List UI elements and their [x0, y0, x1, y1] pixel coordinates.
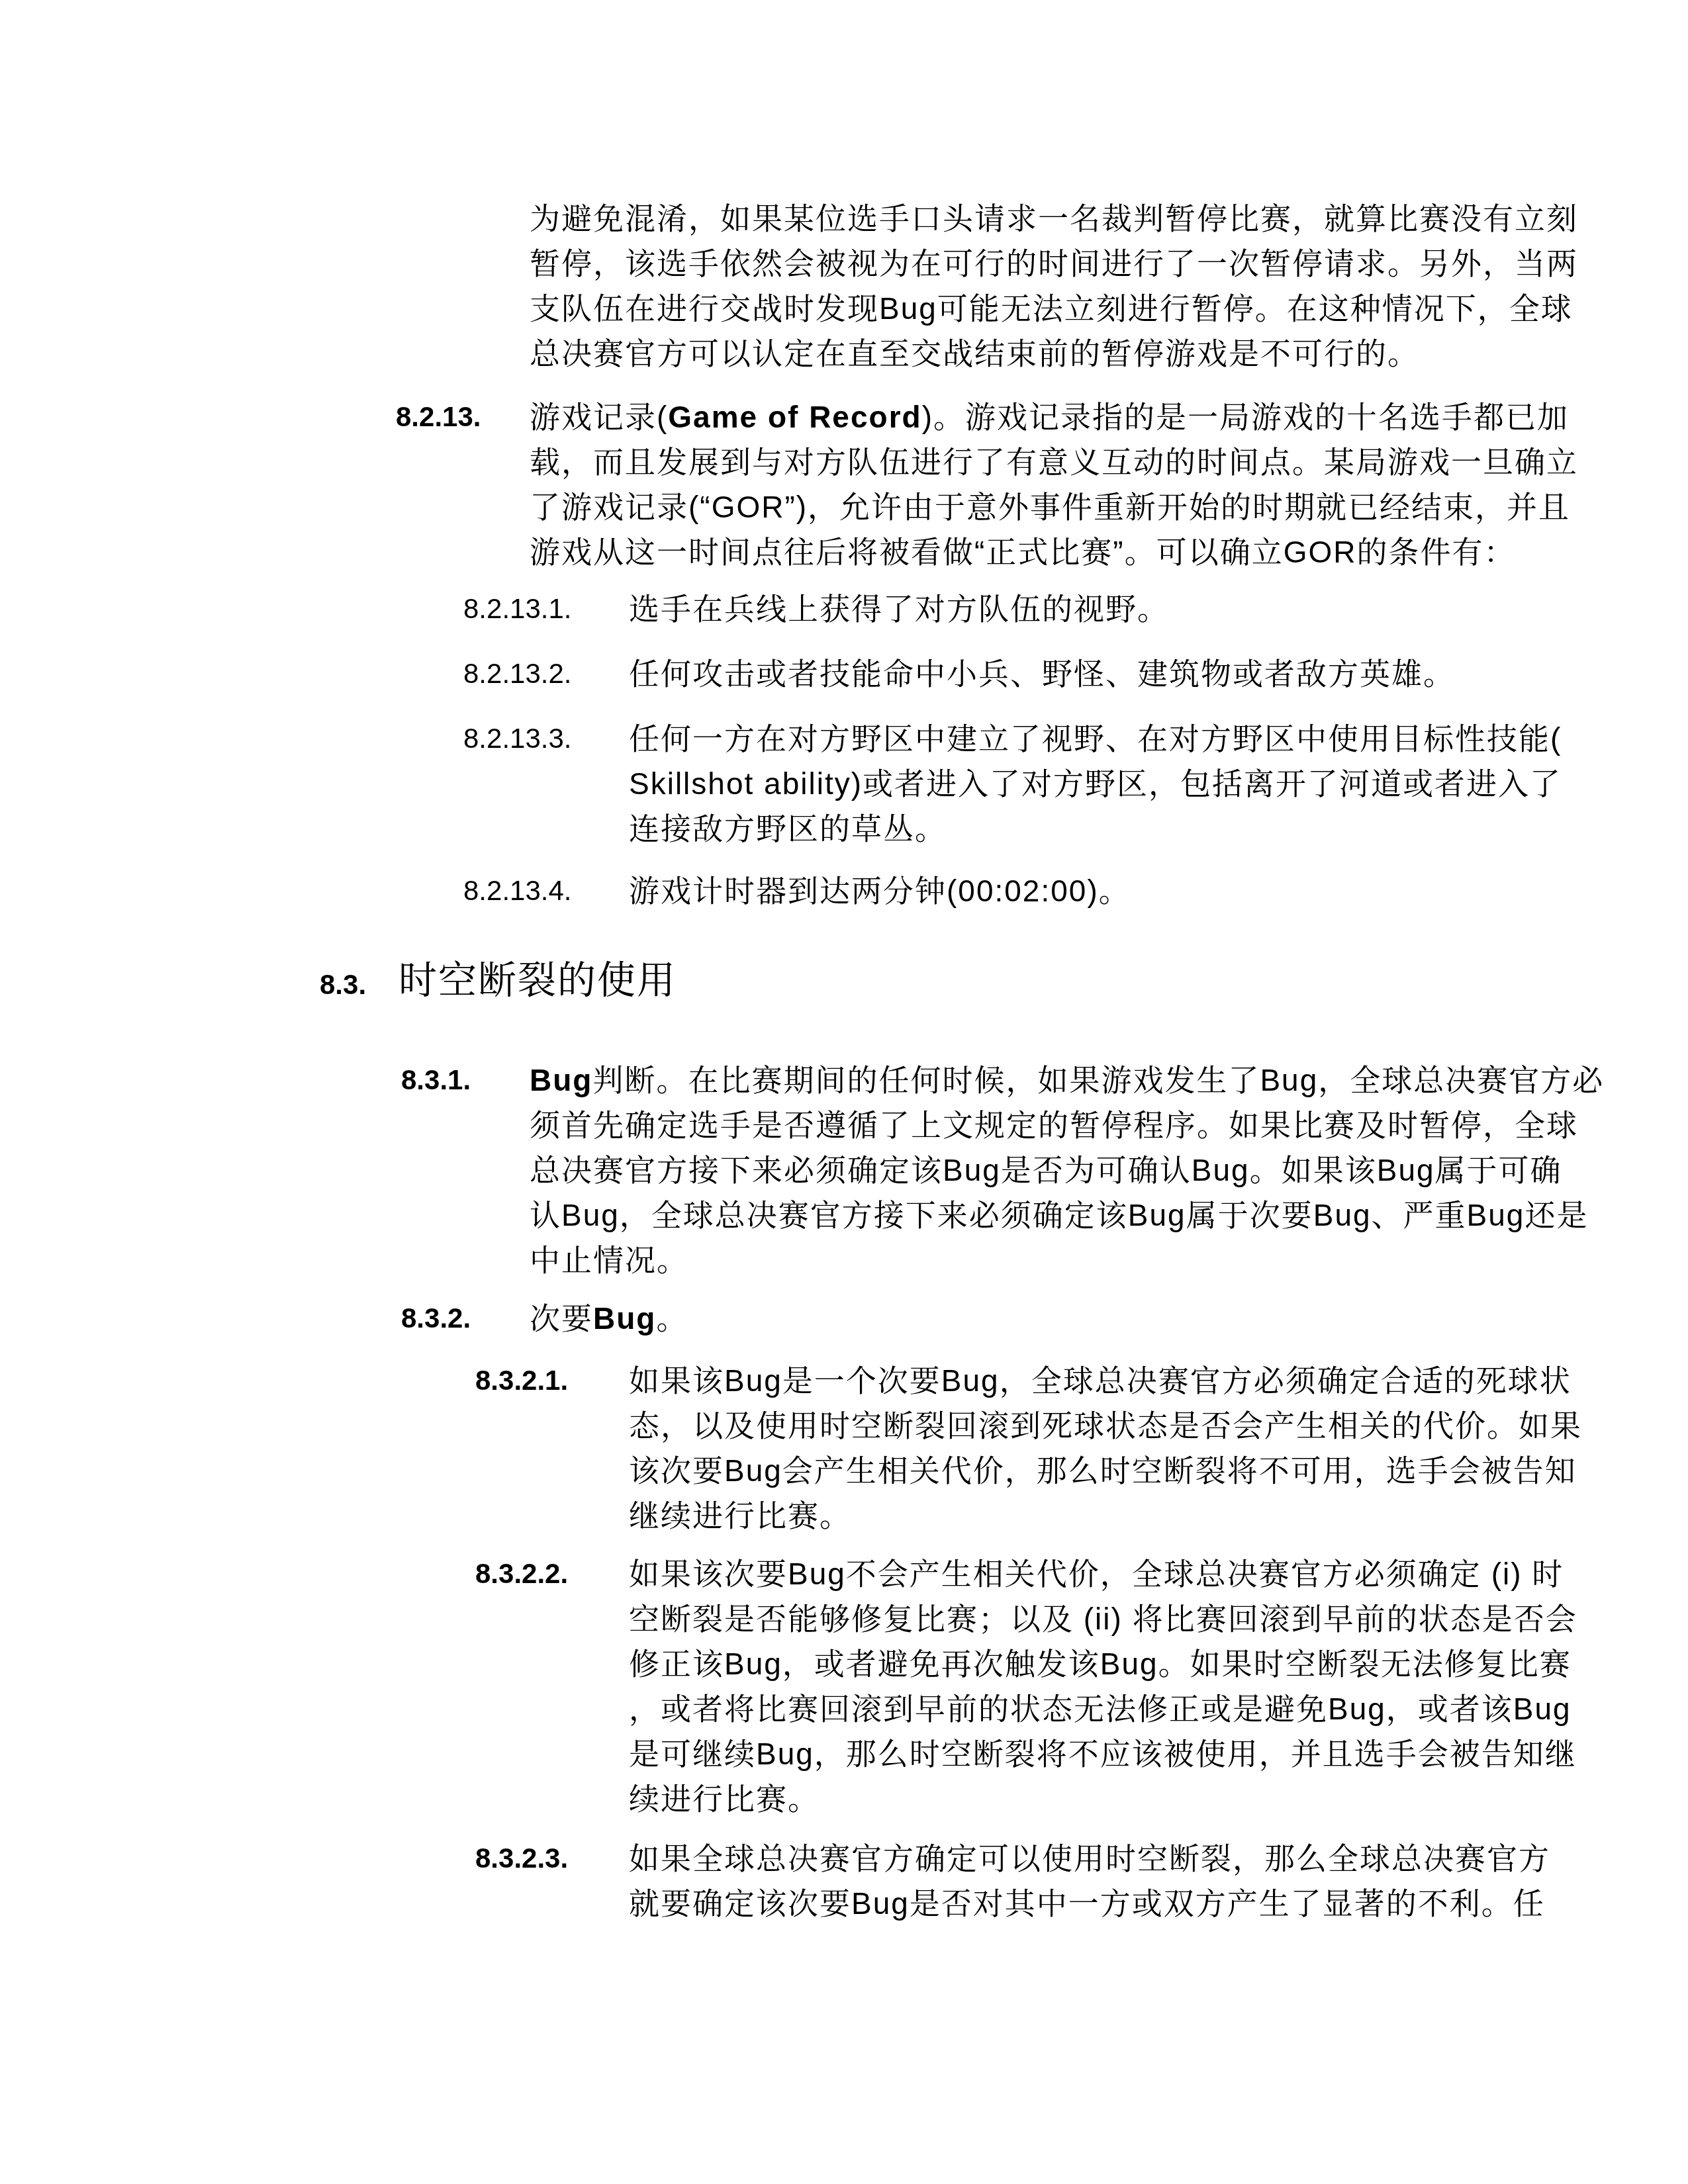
rule-title-prefix: 游戏记录(	[530, 400, 668, 434]
section-title: 时空断裂的使用	[399, 954, 677, 1007]
intro-paragraph-text: 为避免混淆，如果某位选手口头请求一名裁判暂停比赛，就算比赛没有立刻 暂停，该选手…	[530, 196, 1523, 376]
section-number: 8.3.	[320, 958, 366, 1011]
text-line: 认Bug，全球总决赛官方接下来必须确定该Bug属于次要Bug、严重Bug还是	[530, 1193, 1523, 1238]
text-line: 就要确定该次要Bug是否对其中一方或双方产生了显著的不利。任	[629, 1881, 1523, 1926]
subrule-number: 8.3.2.1.	[475, 1358, 568, 1403]
text-line: 支队伍在进行交战时发现Bug可能无法立刻进行暂停。在这种情况下，全球	[530, 286, 1523, 331]
text-line: 连接敌方野区的草丛。	[629, 806, 1523, 851]
text-line: 中止情况。	[530, 1238, 1523, 1283]
subrule-number: 8.3.2.3.	[475, 1836, 568, 1881]
text-line: 如果全球总决赛官方确定可以使用时空断裂，那么全球总决赛官方	[629, 1836, 1523, 1881]
rule-title-bold: Game of Record	[668, 400, 921, 434]
text-line: 游戏计时器到达两分钟(00:02:00)。	[629, 868, 1523, 913]
rule-number: 8.3.1.	[401, 1058, 471, 1103]
text-line: 游戏从这一时间点往后将被看做“正式比赛”。可以确立GOR的条件有：	[530, 529, 1523, 574]
text-line: 继续进行比赛。	[629, 1493, 1523, 1538]
subrule-text: 如果该次要Bug不会产生相关代价，全球总决赛官方必须确定 (i) 时 空断裂是否…	[629, 1551, 1523, 1821]
text-line: 了游戏记录(“GOR”)，允许由于意外事件重新开始的时期就已经结束，并且	[530, 484, 1523, 529]
text-line: 载，而且发展到与对方队伍进行了有意义互动的时间点。某局游戏一旦确立	[530, 439, 1523, 484]
text-line: 如果该次要Bug不会产生相关代价，全球总决赛官方必须确定 (i) 时	[629, 1551, 1523, 1596]
text-line: 任何攻击或者技能命中小兵、野怪、建筑物或者敌方英雄。	[629, 651, 1523, 696]
text-line: 暂停，该选手依然会被视为在可行的时间进行了一次暂停请求。另外，当两	[530, 241, 1523, 286]
rule-text: 游戏记录(Game of Record)。游戏记录指的是一局游戏的十名选手都已加…	[530, 394, 1523, 574]
text-line: 总决赛官方接下来必须确定该Bug是否为可确认Bug。如果该Bug属于可确	[530, 1148, 1523, 1193]
rule-number: 8.3.2.	[401, 1296, 471, 1341]
condition-text: 任何一方在对方野区中建立了视野、在对方野区中使用目标性技能( Skillshot…	[629, 716, 1523, 851]
rule-title-line: 游戏记录(Game of Record)。游戏记录指的是一局游戏的十名选手都已加	[530, 394, 1523, 439]
condition-number: 8.2.13.1.	[463, 586, 571, 631]
rule-number: 8.2.13.	[396, 394, 481, 439]
text-line: 修正该Bug，或者避免再次触发该Bug。如果时空断裂无法修复比赛	[629, 1641, 1523, 1686]
rule-title-suffix: 。	[656, 1301, 688, 1336]
rule-text: 次要Bug。	[530, 1296, 1523, 1341]
text-line: ，或者将比赛回滚到早前的状态无法修正或是避免Bug，或者该Bug	[629, 1686, 1523, 1731]
subrule-number: 8.3.2.2.	[475, 1551, 568, 1596]
condition-text: 任何攻击或者技能命中小兵、野怪、建筑物或者敌方英雄。	[629, 651, 1523, 696]
text-line: Skillshot ability)或者进入了对方野区，包括离开了河道或者进入了	[629, 761, 1523, 806]
text-line: 任何一方在对方野区中建立了视野、在对方野区中使用目标性技能(	[629, 716, 1523, 761]
condition-number: 8.2.13.3.	[463, 716, 571, 761]
text-line: 续进行比赛。	[629, 1776, 1523, 1821]
text-line: 选手在兵线上获得了对方队伍的视野。	[629, 586, 1523, 631]
text-line: 该次要Bug会产生相关代价，那么时空断裂将不可用，选手会被告知	[629, 1448, 1523, 1493]
text-line: 是可继续Bug，那么时空断裂将不应该被使用，并且选手会被告知继	[629, 1731, 1523, 1776]
condition-number: 8.2.13.2.	[463, 651, 571, 696]
text-line: 总决赛官方可以认定在直至交战结束前的暂停游戏是不可行的。	[530, 331, 1523, 376]
condition-number: 8.2.13.4.	[463, 868, 571, 913]
rule-title-line: Bug判断。在比赛期间的任何时候，如果游戏发生了Bug，全球总决赛官方必	[530, 1058, 1523, 1103]
rule-title-bold: Bug	[530, 1063, 592, 1097]
subrule-text: 如果全球总决赛官方确定可以使用时空断裂，那么全球总决赛官方 就要确定该次要Bug…	[629, 1836, 1523, 1926]
text-line: 如果该Bug是一个次要Bug，全球总决赛官方必须确定合适的死球状	[629, 1358, 1523, 1403]
rule-title-line: 次要Bug。	[530, 1296, 1523, 1341]
rule-title-prefix: 次要	[530, 1301, 593, 1336]
rule-text: Bug判断。在比赛期间的任何时候，如果游戏发生了Bug，全球总决赛官方必 须首先…	[530, 1058, 1523, 1283]
text-line: 空断裂是否能够修复比赛；以及 (ii) 将比赛回滚到早前的状态是否会	[629, 1596, 1523, 1641]
subrule-text: 如果该Bug是一个次要Bug，全球总决赛官方必须确定合适的死球状 态，以及使用时…	[629, 1358, 1523, 1538]
rule-title-bold: Bug	[593, 1301, 656, 1336]
text-line: 为避免混淆，如果某位选手口头请求一名裁判暂停比赛，就算比赛没有立刻	[530, 196, 1523, 241]
text-line: 态，以及使用时空断裂回滚到死球状态是否会产生相关的代价。如果	[629, 1403, 1523, 1448]
condition-text: 游戏计时器到达两分钟(00:02:00)。	[629, 868, 1523, 913]
rule-title-rest: 判断。在比赛期间的任何时候，如果游戏发生了Bug，全球总决赛官方必	[592, 1063, 1604, 1097]
text-line: 须首先确定选手是否遵循了上文规定的暂停程序。如果比赛及时暂停，全球	[530, 1103, 1523, 1148]
rule-title-suffix: )。游戏记录指的是一局游戏的十名选手都已加	[922, 400, 1569, 434]
condition-text: 选手在兵线上获得了对方队伍的视野。	[629, 586, 1523, 631]
